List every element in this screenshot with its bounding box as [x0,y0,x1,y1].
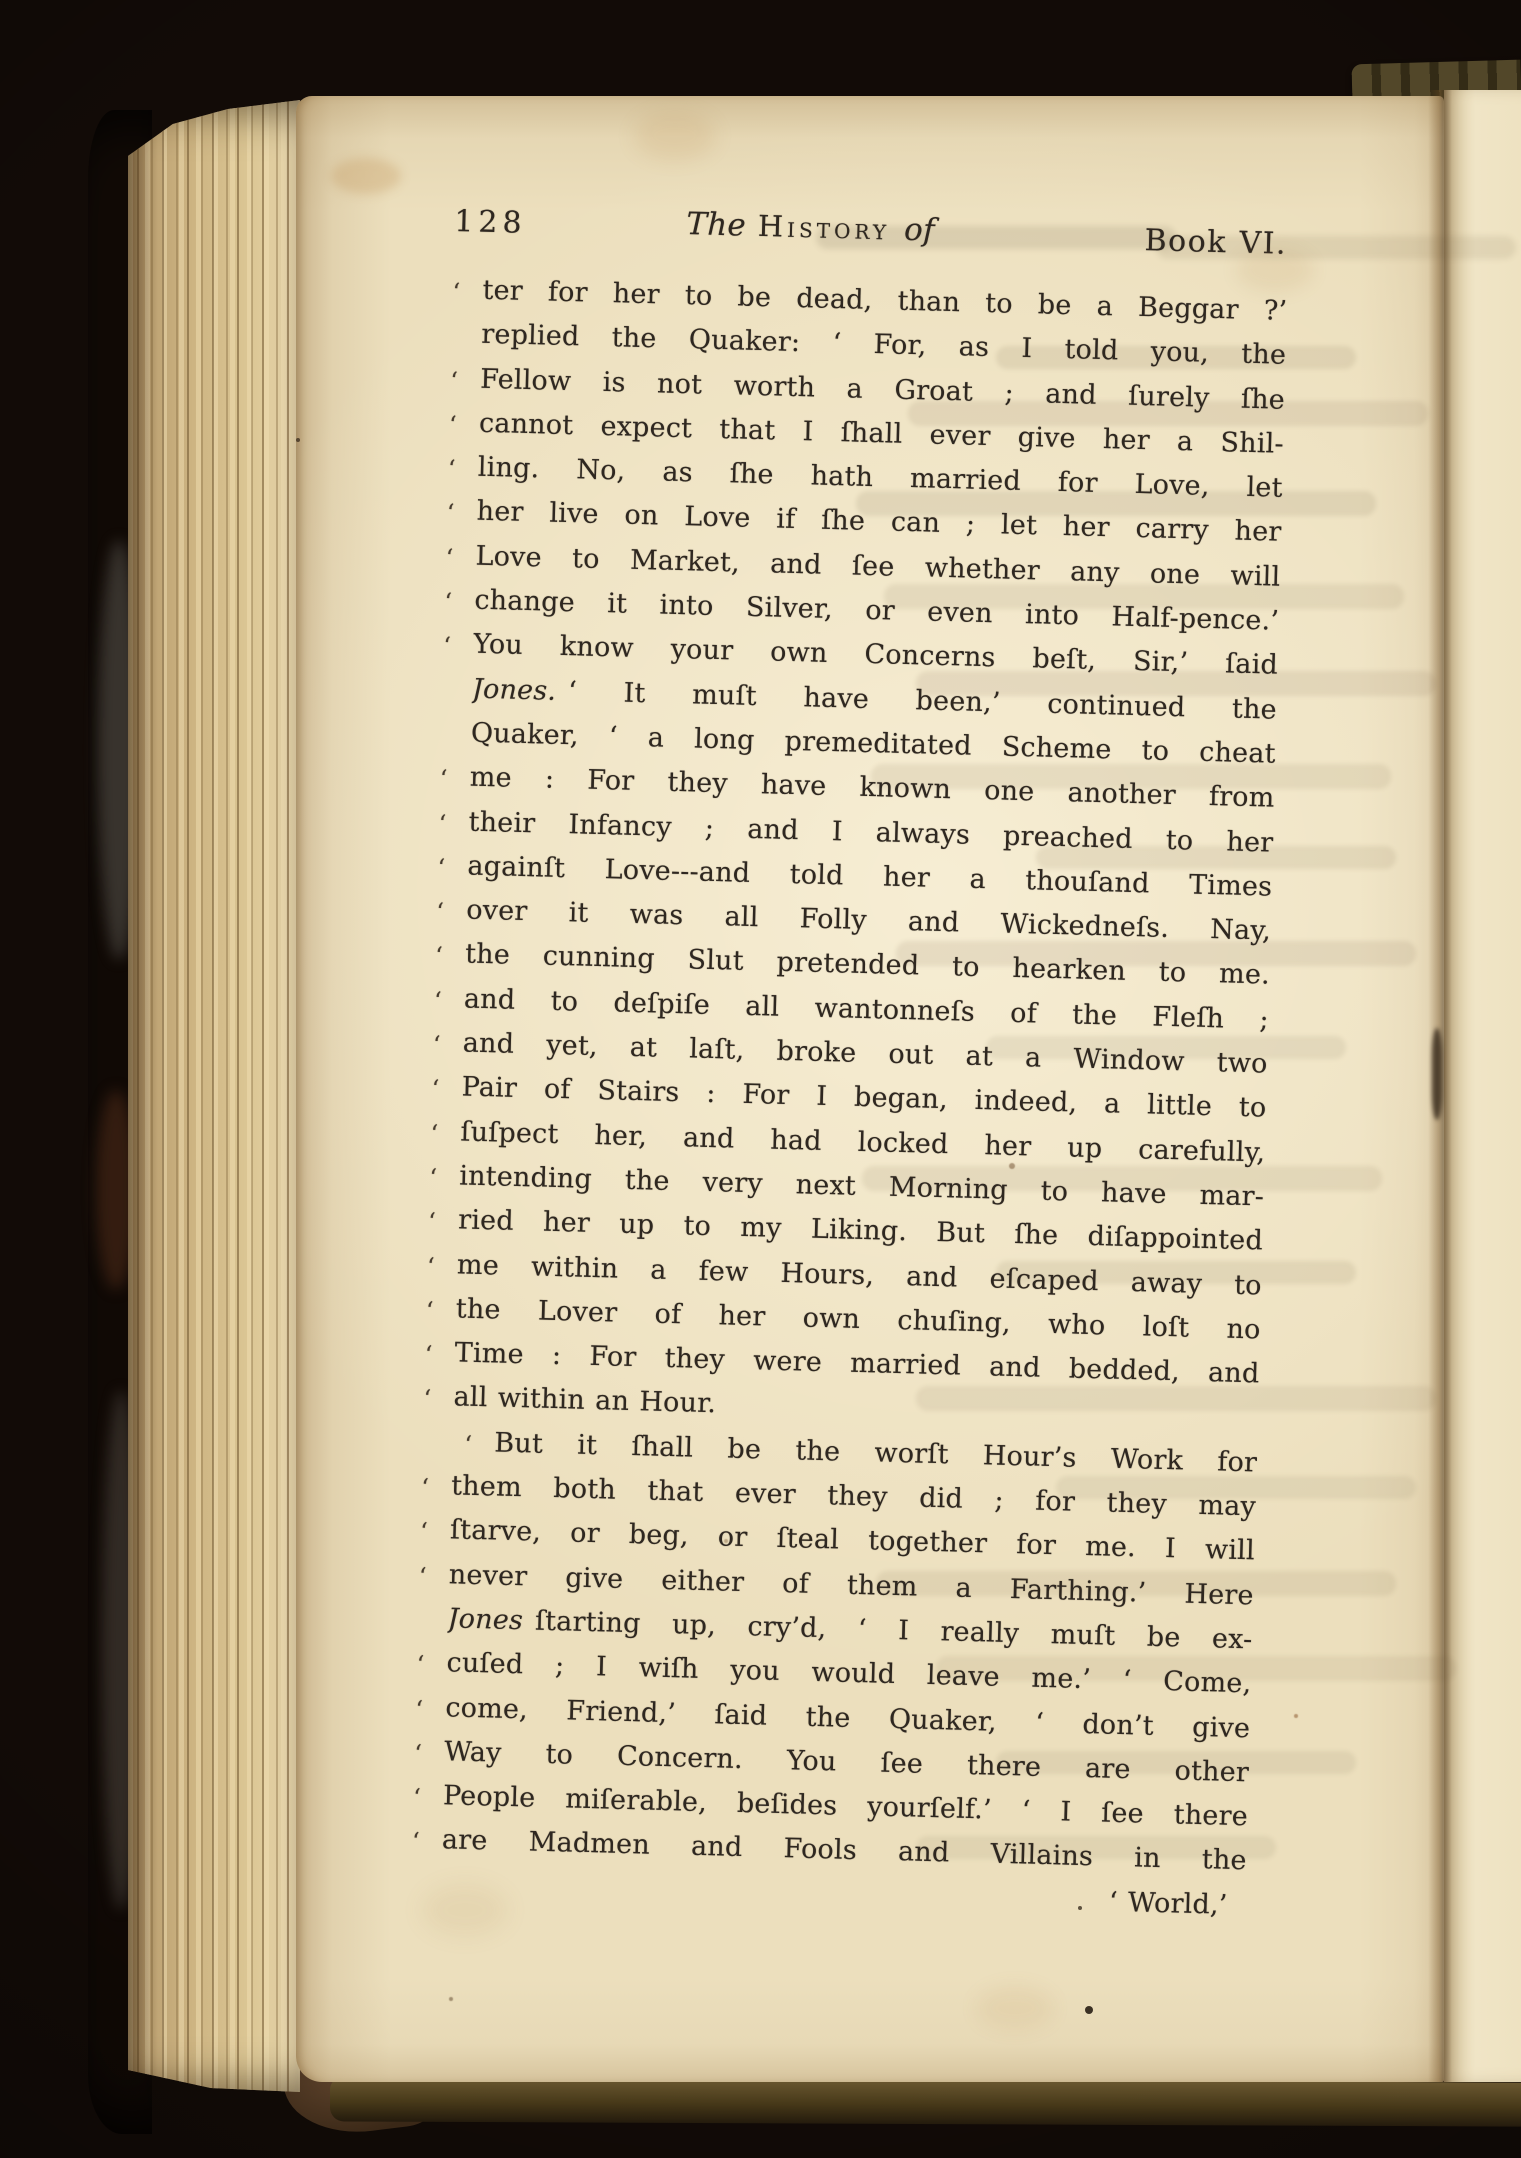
hanging-quote: ‘ [438,799,469,844]
hanging-quote: ‘ [443,622,474,667]
hanging-quote: ‘ [437,844,468,889]
hanging-quote: ‘ [416,1641,447,1686]
hanging-quote: ‘ [433,976,464,1021]
printed-text: 128 TheHistoryof Book VI. ‘ter for her t… [410,196,1290,1930]
hanging-quote: ‘ [450,357,481,402]
foxing-stains [0,0,70,36]
hanging-quote: ‘ [426,1242,457,1287]
hanging-quote: ‘ [428,1198,459,1243]
hanging-quote: ‘ [432,1021,463,1066]
hanging-quote: ‘ [436,888,467,933]
hanging-quote: ‘ [425,1286,456,1331]
hanging-quote: ‘ [419,1508,450,1553]
hanging-quote: ‘ [429,1154,460,1199]
page-number: 128 [454,200,527,246]
hanging-quote: ‘ [414,1729,445,1774]
running-title-of: of [904,212,935,249]
stacked-page-edges [128,100,300,2092]
hanging-quote: ‘ [411,1818,442,1863]
book-number: Book VI. [1144,219,1288,267]
hanging-quote: ‘ [418,1552,449,1597]
body-lines: ‘ter for her to be dead, than to be a Be… [411,268,1287,1884]
hanging-quote: ‘ [439,755,470,800]
hanging-quote: ‘ [445,534,476,579]
hanging-quote: ‘ [444,578,475,623]
ink-showthrough [296,96,656,119]
italic-name: Jones [447,1603,523,1636]
running-title-history: History [757,209,890,246]
hanging-quote: ‘ [413,1774,444,1819]
hanging-quote: ‘ [452,268,483,313]
running-title-the: The [686,206,747,244]
hanging-quote [440,711,471,756]
hanging-quote: ‘ [423,1375,454,1420]
hanging-quote: ‘ [447,445,478,490]
hanging-quote [451,312,482,357]
hanging-quote: ‘ [415,1685,446,1730]
gutter-ink-blot [1432,1028,1442,1120]
hanging-quote: ‘ [435,932,466,977]
hanging-quote: ‘ [421,1464,452,1509]
hanging-quote [442,667,473,712]
italic-name: Jones. [472,673,557,706]
hanging-quote: ‘ [446,489,477,534]
hanging-quote [417,1596,448,1641]
hanging-quote: ‘ [431,1065,462,1110]
facing-page-sliver [1444,90,1521,2082]
book-photograph: 128 TheHistoryof Book VI. ‘ter for her t… [0,0,1521,2158]
hanging-quote: ‘ [430,1109,461,1154]
hanging-quote: ‘ [448,401,479,446]
hanging-quote: ‘ [424,1331,455,1376]
running-title: TheHistoryof [686,202,936,254]
hanging-quote: ‘ [464,1420,495,1465]
ink-specks [0,0,6,6]
